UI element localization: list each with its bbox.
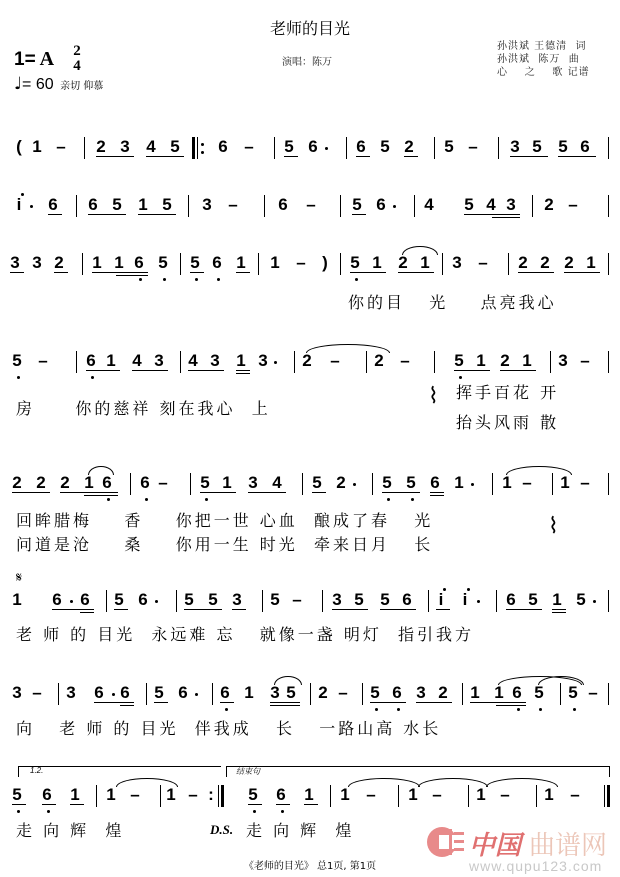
quarter-note-icon: ♩: [14, 74, 22, 94]
repeat-barline-thin: [218, 785, 219, 807]
tie-slur: [402, 246, 438, 255]
note: 6: [138, 470, 152, 496]
note: 1: [30, 134, 44, 160]
low-octave-dot: [217, 278, 220, 281]
low-octave-dot: [539, 708, 542, 711]
barline: [442, 253, 443, 275]
low-octave-dot: [281, 810, 284, 813]
barline: [212, 683, 213, 705]
repeat-barline-thick: [221, 785, 224, 807]
segno-sign: 𝄋: [16, 570, 22, 586]
logo-e-icon: [449, 829, 464, 855]
barline: [508, 253, 509, 275]
eighth-underline: [500, 370, 536, 371]
note: 2: [542, 192, 556, 218]
barline: [322, 590, 323, 612]
eighth-underline: [356, 156, 370, 157]
low-octave-dot: [17, 810, 20, 813]
eighth-underline: [88, 214, 126, 215]
final-barline-thick: [607, 785, 610, 807]
tie-slur: [116, 778, 178, 787]
eighth-underline: [138, 214, 176, 215]
augmentation-dot: [477, 600, 480, 603]
low-octave-dot: [139, 278, 142, 281]
note: 4: [422, 192, 436, 218]
sixteenth-underline: [120, 705, 134, 706]
eighth-underline: [146, 156, 184, 157]
eighth-underline: [12, 492, 50, 493]
augmentation-dot: [112, 693, 115, 696]
eighth-underline: [96, 156, 134, 157]
dash-hold: –: [36, 348, 50, 374]
barline: [468, 785, 469, 807]
tempo-value: = 60: [22, 76, 54, 93]
augmentation-dot: [70, 600, 73, 603]
eighth-underline: [60, 492, 118, 493]
barline: [608, 195, 609, 217]
eighth-underline: [430, 492, 444, 493]
eighth-underline: [312, 492, 326, 493]
eighth-underline: [398, 272, 434, 273]
low-octave-dot: [17, 376, 20, 379]
barline: [180, 253, 181, 275]
note: 5: [268, 587, 282, 613]
eighth-underline: [352, 214, 366, 215]
dash-hold: –: [336, 680, 350, 706]
low-octave-dot: [47, 810, 50, 813]
barline: [608, 683, 609, 705]
lyric-line: 老 师 的 目光 永远难 忘 就像一盏 明灯 指引我方: [16, 622, 474, 645]
note: 6: [136, 587, 150, 613]
eighth-underline: [436, 609, 450, 610]
sixteenth-underline: [116, 275, 148, 276]
barline: [294, 351, 295, 373]
eighth-underline: [370, 702, 406, 703]
lyric-line: 抬头风雨 散: [456, 410, 559, 433]
eighth-underline: [350, 272, 386, 273]
eighth-underline: [236, 370, 250, 371]
note: 3: [64, 680, 78, 706]
dash-hold: –: [226, 192, 240, 218]
eighth-underline: [236, 272, 250, 273]
low-octave-dot: [225, 708, 228, 711]
note: 5: [442, 134, 456, 160]
transcriber-credit: 心 之 歌 记谱: [497, 66, 590, 79]
lyric-line: 走 向 辉 煌: [16, 818, 124, 841]
note: i: [12, 192, 26, 218]
note: (: [12, 134, 26, 160]
barline: [428, 590, 429, 612]
note: ): [318, 250, 332, 276]
lyric-line: 房 你的慈祥 刻在我心 上: [16, 396, 271, 419]
eighth-underline: [200, 492, 236, 493]
barline: [492, 473, 493, 495]
composer-credit: 孙洪斌 陈万 曲: [497, 53, 590, 66]
note: i: [458, 587, 472, 613]
barline: [608, 473, 609, 495]
barline: [434, 137, 435, 159]
key-label: 1=: [14, 49, 36, 70]
lyric-line: 回眸腊梅 香 你把一世 心血 酿成了春 光: [16, 508, 433, 531]
low-octave-dot: [145, 498, 148, 501]
eighth-underline: [470, 702, 526, 703]
tie-slur: [506, 466, 572, 475]
augmentation-dot: [155, 600, 158, 603]
dash-hold: –: [566, 192, 580, 218]
note: 6: [210, 250, 224, 276]
eighth-underline: [190, 272, 204, 273]
lyricist-credit: 孙洪斌 王德清 词: [497, 40, 590, 53]
eighth-underline: [332, 609, 368, 610]
repeat-dot: [201, 143, 204, 146]
low-octave-dot: [459, 376, 462, 379]
dal-segno-label: D.S.: [210, 822, 233, 838]
high-octave-dot: [467, 588, 470, 591]
song-title: 老师的目光: [0, 16, 620, 39]
eighth-underline: [42, 804, 56, 805]
barline: [560, 683, 561, 705]
barline: [130, 473, 131, 495]
barline: [340, 253, 341, 275]
note: 1: [10, 587, 24, 613]
dash-hold: –: [578, 470, 592, 496]
low-octave-dot: [517, 708, 520, 711]
final-barline-thin: [604, 785, 605, 807]
barline: [264, 195, 265, 217]
augmentation-dot: [30, 205, 33, 208]
volta-bracket-1: [18, 766, 221, 777]
barline: [262, 590, 263, 612]
eighth-underline: [86, 370, 120, 371]
note: 6: [176, 680, 190, 706]
low-octave-dot: [573, 708, 576, 711]
lyric-line: 向 老 师 的 目光 伴我成 长 一路山高 水长: [16, 716, 441, 739]
low-octave-dot: [375, 708, 378, 711]
augmentation-dot: [274, 361, 277, 364]
dash-hold: –: [578, 348, 592, 374]
dash-hold: –: [586, 680, 600, 706]
dash-hold: –: [294, 250, 308, 276]
key-note: A: [40, 48, 54, 70]
high-octave-dot: [21, 193, 24, 196]
eighth-underline: [506, 609, 542, 610]
eighth-underline: [184, 609, 222, 610]
note: 2: [316, 680, 330, 706]
time-bottom: 4: [73, 58, 81, 74]
volta-label-1: 1.2.: [30, 766, 43, 775]
key-signature: 1=A: [14, 48, 54, 71]
time-top: 2: [73, 43, 81, 59]
barline: [76, 351, 77, 373]
note: 5: [10, 348, 24, 374]
barline: [608, 351, 609, 373]
eighth-underline: [92, 272, 148, 273]
dash-hold: –: [398, 348, 412, 374]
barline: [106, 590, 107, 612]
note: 3: [30, 250, 44, 276]
tie-slur: [348, 778, 420, 787]
eighth-underline: [558, 156, 596, 157]
barline: [82, 253, 83, 275]
eighth-underline: [248, 492, 286, 493]
volta-label-2: 结束句: [236, 766, 260, 777]
barline: [160, 785, 161, 807]
tie-slur: [418, 778, 488, 787]
eighth-underline: [564, 272, 600, 273]
note: 6: [276, 192, 290, 218]
sixteenth-underline: [84, 495, 118, 496]
low-octave-dot: [205, 498, 208, 501]
dash-hold: –: [30, 680, 44, 706]
sixteenth-underline: [236, 373, 250, 374]
sixteenth-underline: [270, 705, 300, 706]
lyric-line: 你的目 光 点亮我心: [348, 290, 557, 313]
barline: [310, 683, 311, 705]
eighth-underline: [52, 609, 94, 610]
barline: [180, 351, 181, 373]
repeat-dot: [201, 151, 204, 154]
barline: [146, 683, 147, 705]
note: 1: [268, 250, 282, 276]
high-octave-dot: [443, 588, 446, 591]
watermark-logo: 中国 曲谱网 www.qupu123.com: [427, 825, 620, 877]
barline: [274, 137, 275, 159]
eighth-underline: [510, 156, 548, 157]
watermark-text-b: 曲谱网: [529, 825, 607, 862]
note: 3: [556, 348, 570, 374]
note: :: [204, 782, 218, 808]
eighth-underline: [188, 370, 224, 371]
note: 2: [334, 470, 348, 496]
barline: [608, 137, 609, 159]
barline: [536, 785, 537, 807]
barline: [434, 351, 435, 373]
dash-hold: –: [476, 250, 490, 276]
barline: [176, 590, 177, 612]
eighth-underline: [382, 492, 420, 493]
sixteenth-underline: [80, 612, 94, 613]
barline: [414, 195, 415, 217]
barline: [498, 137, 499, 159]
eighth-underline: [132, 370, 168, 371]
dash-hold: –: [290, 587, 304, 613]
barline: [340, 195, 341, 217]
augmentation-dot: [325, 147, 328, 150]
repeat-barline-thin: [197, 137, 198, 159]
eighth-underline: [232, 609, 246, 610]
eighth-underline: [54, 272, 68, 273]
watermark-url: www.qupu123.com: [469, 858, 602, 874]
tie-slur: [538, 676, 584, 685]
barline: [362, 683, 363, 705]
watermark-text-a: 中国: [469, 825, 521, 862]
barline: [96, 785, 97, 807]
eighth-underline: [304, 804, 318, 805]
barline: [608, 253, 609, 275]
verse-brace: ⌇: [548, 514, 559, 539]
augmentation-dot: [593, 600, 596, 603]
eighth-underline: [12, 804, 26, 805]
volta-bracket-2: [226, 766, 610, 777]
barline: [58, 683, 59, 705]
dash-hold: –: [156, 470, 170, 496]
barline: [76, 195, 77, 217]
eighth-underline: [518, 272, 554, 273]
tie-slur: [88, 466, 114, 475]
eighth-underline: [70, 804, 84, 805]
barline: [372, 473, 373, 495]
lyric-line: 挥手百花 开: [456, 380, 559, 403]
eighth-underline: [464, 214, 520, 215]
low-octave-dot: [91, 376, 94, 379]
low-octave-dot: [355, 278, 358, 281]
eighth-underline: [114, 609, 128, 610]
expression-mood: 亲切 仰慕: [60, 81, 103, 92]
eighth-underline: [248, 804, 262, 805]
time-signature: 2 4: [68, 44, 86, 73]
note: 3: [10, 680, 24, 706]
eighth-underline: [404, 156, 418, 157]
barline: [190, 473, 191, 495]
eighth-underline: [220, 702, 234, 703]
note: 6: [374, 192, 388, 218]
note: 3: [200, 192, 214, 218]
sixteenth-underline: [496, 705, 526, 706]
tie-slur: [486, 778, 558, 787]
barline: [608, 590, 609, 612]
sixteenth-underline: [552, 612, 566, 613]
barline: [462, 683, 463, 705]
sixteenth-underline: [430, 495, 444, 496]
barline: [496, 590, 497, 612]
singer-credit: 演唱：陈万: [282, 53, 332, 68]
note: 1: [452, 470, 466, 496]
eighth-underline: [416, 702, 452, 703]
low-octave-dot: [411, 498, 414, 501]
low-octave-dot: [253, 810, 256, 813]
note: 3: [256, 348, 270, 374]
note: 1: [242, 680, 256, 706]
eighth-underline: [552, 609, 566, 610]
dash-hold: –: [568, 782, 582, 808]
note: 6: [216, 134, 230, 160]
low-octave-dot: [387, 498, 390, 501]
eighth-underline: [454, 370, 490, 371]
eighth-underline: [276, 804, 290, 805]
barline: [302, 473, 303, 495]
barline: [188, 195, 189, 217]
tie-slur: [306, 344, 390, 353]
verse-brace: ⌇: [428, 384, 439, 409]
note: 5: [156, 250, 170, 276]
augmentation-dot: [471, 483, 474, 486]
low-octave-dot: [195, 278, 198, 281]
dash-hold: –: [304, 192, 318, 218]
barline: [330, 785, 331, 807]
dash-hold: –: [466, 134, 480, 160]
note: 3: [450, 250, 464, 276]
barline: [550, 351, 551, 373]
eighth-underline: [270, 702, 300, 703]
low-octave-dot: [163, 278, 166, 281]
note: 5: [574, 587, 588, 613]
augmentation-dot: [195, 693, 198, 696]
barline: [532, 195, 533, 217]
tempo-marking: ♩= 60 亲切 仰慕: [14, 74, 103, 94]
barline: [366, 351, 367, 373]
eighth-underline: [94, 702, 134, 703]
tie-slur: [274, 676, 302, 685]
lyric-line: 走 向 辉 煌: [246, 818, 354, 841]
eighth-underline: [380, 609, 416, 610]
barline: [398, 785, 399, 807]
barline: [84, 137, 85, 159]
augmentation-dot: [353, 483, 356, 486]
eighth-underline: [10, 272, 24, 273]
repeat-barline-thick: [192, 137, 195, 159]
dash-hold: –: [54, 134, 68, 160]
low-octave-dot: [107, 498, 110, 501]
dash-hold: –: [242, 134, 256, 160]
lyric-line: 问道是沧 桑 你用一生 时光 牵来日月 长: [16, 532, 433, 555]
barline: [552, 473, 553, 495]
eighth-underline: [48, 214, 62, 215]
barline: [346, 137, 347, 159]
dash-hold: –: [186, 782, 200, 808]
author-credits: 孙洪斌 王德清 词 孙洪斌 陈万 曲 心 之 歌 记谱: [497, 40, 590, 79]
note: 5: [378, 134, 392, 160]
low-octave-dot: [397, 708, 400, 711]
eighth-underline: [284, 156, 298, 157]
barline: [258, 253, 259, 275]
note: 6: [306, 134, 320, 160]
sixteenth-underline: [492, 217, 520, 218]
eighth-underline: [154, 702, 168, 703]
augmentation-dot: [393, 205, 396, 208]
